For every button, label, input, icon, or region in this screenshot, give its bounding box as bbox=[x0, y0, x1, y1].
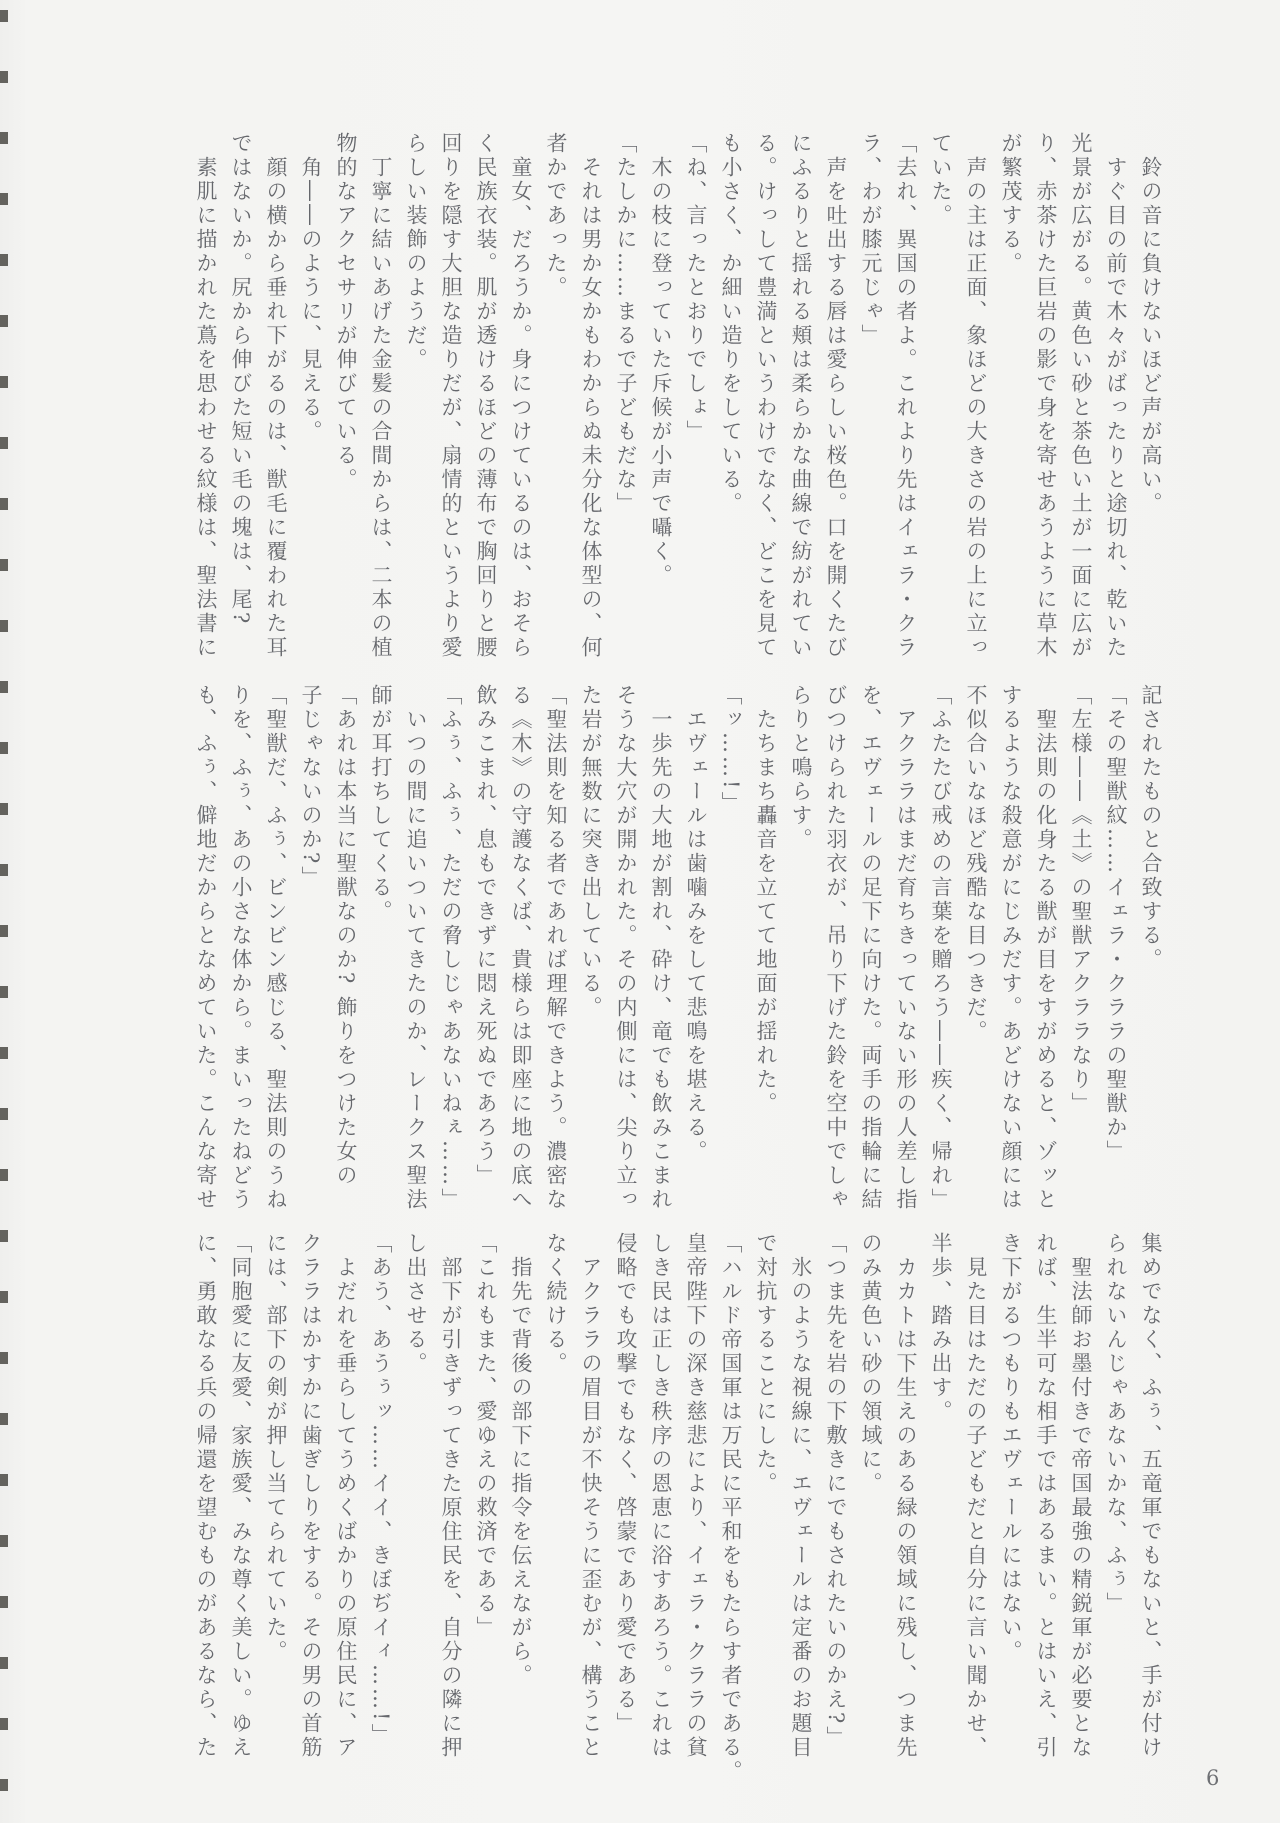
text-column: 「あれは本当に聖獣なのか? 飾りをつけた女の bbox=[328, 684, 363, 1244]
text-column: それは男か女かもわからぬ未分化な体型の、何 bbox=[573, 132, 608, 692]
text-column: らりと鳴らす。 bbox=[783, 684, 818, 1244]
text-column: 「ハルド帝国軍は万民に平和をもたらす者である。 bbox=[713, 1232, 748, 1792]
text-column: 光景が広がる。黄色い砂と茶色い土が一面に広が bbox=[1063, 132, 1098, 692]
text-column: 「同胞愛に友愛、家族愛、みな尊く美しい。ゆえ bbox=[223, 1232, 258, 1792]
text-column: 部下が引きずってきた原住民を、自分の隣に押 bbox=[433, 1232, 468, 1792]
text-column: アクララはまだ育ちきっていない形の人差し指 bbox=[888, 684, 923, 1244]
text-column: も小さく、か細い造りをしている。 bbox=[713, 132, 748, 692]
text-column: 「聖法則を知る者であれば理解できよう。濃密な bbox=[538, 684, 573, 1244]
text-column: 鈴の音に負けないほど声が高い。 bbox=[1133, 132, 1168, 692]
text-column: そうな大穴が開かれた。その内側には、尖り立っ bbox=[608, 684, 643, 1244]
text-column: 不似合いなほど残酷な目つきだ。 bbox=[958, 684, 993, 1244]
text-column: りを、ふぅ、あの小さな体から。まいったねどう bbox=[223, 684, 258, 1244]
text-column: 「これもまた、愛ゆえの救済である」 bbox=[468, 1232, 503, 1792]
text-column: 丁寧に結いあげた金髪の合間からは、二本の植 bbox=[363, 132, 398, 692]
text-column: 「ふぅ、ふぅ、ただの脅しじゃあないねぇ……」 bbox=[433, 684, 468, 1244]
text-column: も、ふぅ、僻地だからとなめていた。こんな寄せ bbox=[188, 684, 223, 1244]
text-column: 「つま先を岩の下敷きにでもされたいのかえ?」 bbox=[818, 1232, 853, 1792]
text-column: で対抗することにした。 bbox=[748, 1232, 783, 1792]
text-column: 童女、だろうか。身につけているのは、おそら bbox=[503, 132, 538, 692]
text-column: びつけられた羽衣が、吊り下げた鈴を空中でしゃ bbox=[818, 684, 853, 1244]
text-column: 「ッ……!」 bbox=[713, 684, 748, 1244]
text-band-bottom: 集めでなく、ふぅ、五竜軍でもないと、手が付けられないんじゃあないかな、ふぅ」聖法… bbox=[188, 1232, 1168, 1792]
text-column: に、勇敢なる兵の帰還を望むものがあるなら、た bbox=[188, 1232, 223, 1792]
binding-edge-marks bbox=[0, 10, 8, 1815]
text-column: にふるりと揺れる頬は柔らかな曲線で紡がれてい bbox=[783, 132, 818, 692]
text-column: 物的なアクセサリが伸びている。 bbox=[328, 132, 363, 692]
text-column: 素肌に描かれた蔦を思わせる紋様は、聖法書に bbox=[188, 132, 223, 692]
text-column: ラ、わが膝元じゃ」 bbox=[853, 132, 888, 692]
text-column: 「左様――《土》の聖獣アクララなり」 bbox=[1063, 684, 1098, 1244]
text-column: が繁茂する。 bbox=[993, 132, 1028, 692]
scanned-page: 鈴の音に負けないほど声が高い。すぐ目の前で木々がばったりと途切れ、乾いた光景が広… bbox=[0, 0, 1280, 1823]
text-column: ていた。 bbox=[923, 132, 958, 692]
text-column: 聖法師お墨付きで帝国最強の精鋭軍が必要とな bbox=[1063, 1232, 1098, 1792]
text-column: 一歩先の大地が割れ、砕け、竜でも飲みこまれ bbox=[643, 684, 678, 1244]
text-column: 聖法則の化身たる獣が目をすがめると、ゾッと bbox=[1028, 684, 1063, 1244]
text-band-top: 鈴の音に負けないほど声が高い。すぐ目の前で木々がばったりと途切れ、乾いた光景が広… bbox=[188, 132, 1168, 692]
text-column: し出させる。 bbox=[398, 1232, 433, 1792]
text-column: クララはかすかに歯ぎしりをする。その男の首筋 bbox=[293, 1232, 328, 1792]
text-column: 「ふたたび戒めの言葉を贈ろう――疾く、帰れ」 bbox=[923, 684, 958, 1244]
text-column: れば、生半可な相手ではあるまい。とはいえ、引 bbox=[1028, 1232, 1063, 1792]
text-column: 顔の横から垂れ下がるのは、獣毛に覆われた耳 bbox=[258, 132, 293, 692]
text-column: る《木》の守護なくば、貴様らは即座に地の底へ bbox=[503, 684, 538, 1244]
text-column: いつの間に追いついてきたのか、レークス聖法 bbox=[398, 684, 433, 1244]
text-column: のみ黄色い砂の領域に。 bbox=[853, 1232, 888, 1792]
text-column: る。けっして豊満というわけでなく、どこを見て bbox=[748, 132, 783, 692]
text-column: 半歩、踏み出す。 bbox=[923, 1232, 958, 1792]
text-column: り、赤茶けた巨岩の影で身を寄せあうように草木 bbox=[1028, 132, 1063, 692]
text-column: 角――のように、見える。 bbox=[293, 132, 328, 692]
text-column: 記されたものと合致する。 bbox=[1133, 684, 1168, 1244]
text-column: 氷のような視線に、エヴェールは定番のお題目 bbox=[783, 1232, 818, 1792]
text-column: 回りを隠す大胆な造りだが、扇情的というより愛 bbox=[433, 132, 468, 692]
text-column: 指先で背後の部下に指令を伝えながら。 bbox=[503, 1232, 538, 1792]
text-column: 「その聖獣紋……イェラ・クララの聖獣か」 bbox=[1098, 684, 1133, 1244]
text-column: エヴェールは歯噛みをして悲鳴を堪える。 bbox=[678, 684, 713, 1244]
text-column: く民族衣装。肌が透けるほどの薄布で胸回りと腰 bbox=[468, 132, 503, 692]
text-column: 「聖獣だ、ふぅ、ビンビン感じる、聖法則のうね bbox=[258, 684, 293, 1244]
text-column: カカトは下生えのある緑の領域に残し、つま先 bbox=[888, 1232, 923, 1792]
text-column: 集めでなく、ふぅ、五竜軍でもないと、手が付け bbox=[1133, 1232, 1168, 1792]
text-column: 飲みこまれ、息もできずに悶え死ぬであろう」 bbox=[468, 684, 503, 1244]
text-column: よだれを垂らしてうめくばかりの原住民に、ア bbox=[328, 1232, 363, 1792]
text-band-middle: 記されたものと合致する。「その聖獣紋……イェラ・クララの聖獣か」「左様――《土》… bbox=[188, 684, 1168, 1244]
text-column: 見た目はただの子どもだと自分に言い聞かせ、 bbox=[958, 1232, 993, 1792]
text-column: には、部下の剣が押し当てられていた。 bbox=[258, 1232, 293, 1792]
page-number: 6 bbox=[1206, 1766, 1219, 1790]
text-column: 声を吐出する唇は愛らしい桜色。口を開くたび bbox=[818, 132, 853, 692]
text-column: を、エヴェールの足下に向けた。両手の指輪に結 bbox=[853, 684, 888, 1244]
text-column: するような殺意がにじみだす。あどけない顔には bbox=[993, 684, 1028, 1244]
text-column: なく続ける。 bbox=[538, 1232, 573, 1792]
text-column: 木の枝に登っていた斥候が小声で囁く。 bbox=[643, 132, 678, 692]
text-column: ではないか。尻から伸びた短い毛の塊は、尾? bbox=[223, 132, 258, 692]
text-column: アクララの眉目が不快そうに歪むが、構うこと bbox=[573, 1232, 608, 1792]
text-column: たちまち轟音を立てて地面が揺れた。 bbox=[748, 684, 783, 1244]
text-column: 者かであった。 bbox=[538, 132, 573, 692]
text-column: らしい装飾のようだ。 bbox=[398, 132, 433, 692]
text-column: 声の主は正面、象ほどの大きさの岩の上に立っ bbox=[958, 132, 993, 692]
text-column: 侵略でも攻撃でもなく、啓蒙であり愛である」 bbox=[608, 1232, 643, 1792]
text-column: 「去れ、異国の者よ。これより先はイェラ・クラ bbox=[888, 132, 923, 692]
text-column: 「たしかに……まるで子どもだな」 bbox=[608, 132, 643, 692]
text-column: 皇帝陛下の深き慈悲により、イェラ・クララの貧 bbox=[678, 1232, 713, 1792]
text-column: き下がるつもりもエヴェールにはない。 bbox=[993, 1232, 1028, 1792]
text-column: 「あう、あうぅッ……イイ、きぼぢイィ……!」 bbox=[363, 1232, 398, 1792]
text-column: 師が耳打ちしてくる。 bbox=[363, 684, 398, 1244]
text-column: 「ね、言ったとおりでしょ」 bbox=[678, 132, 713, 692]
text-column: しき民は正しき秩序の恩恵に浴すあろう。これは bbox=[643, 1232, 678, 1792]
text-column: た岩が無数に突き出している。 bbox=[573, 684, 608, 1244]
text-column: 子じゃないのか?」 bbox=[293, 684, 328, 1244]
text-column: すぐ目の前で木々がばったりと途切れ、乾いた bbox=[1098, 132, 1133, 692]
text-column: られないんじゃあないかな、ふぅ」 bbox=[1098, 1232, 1133, 1792]
